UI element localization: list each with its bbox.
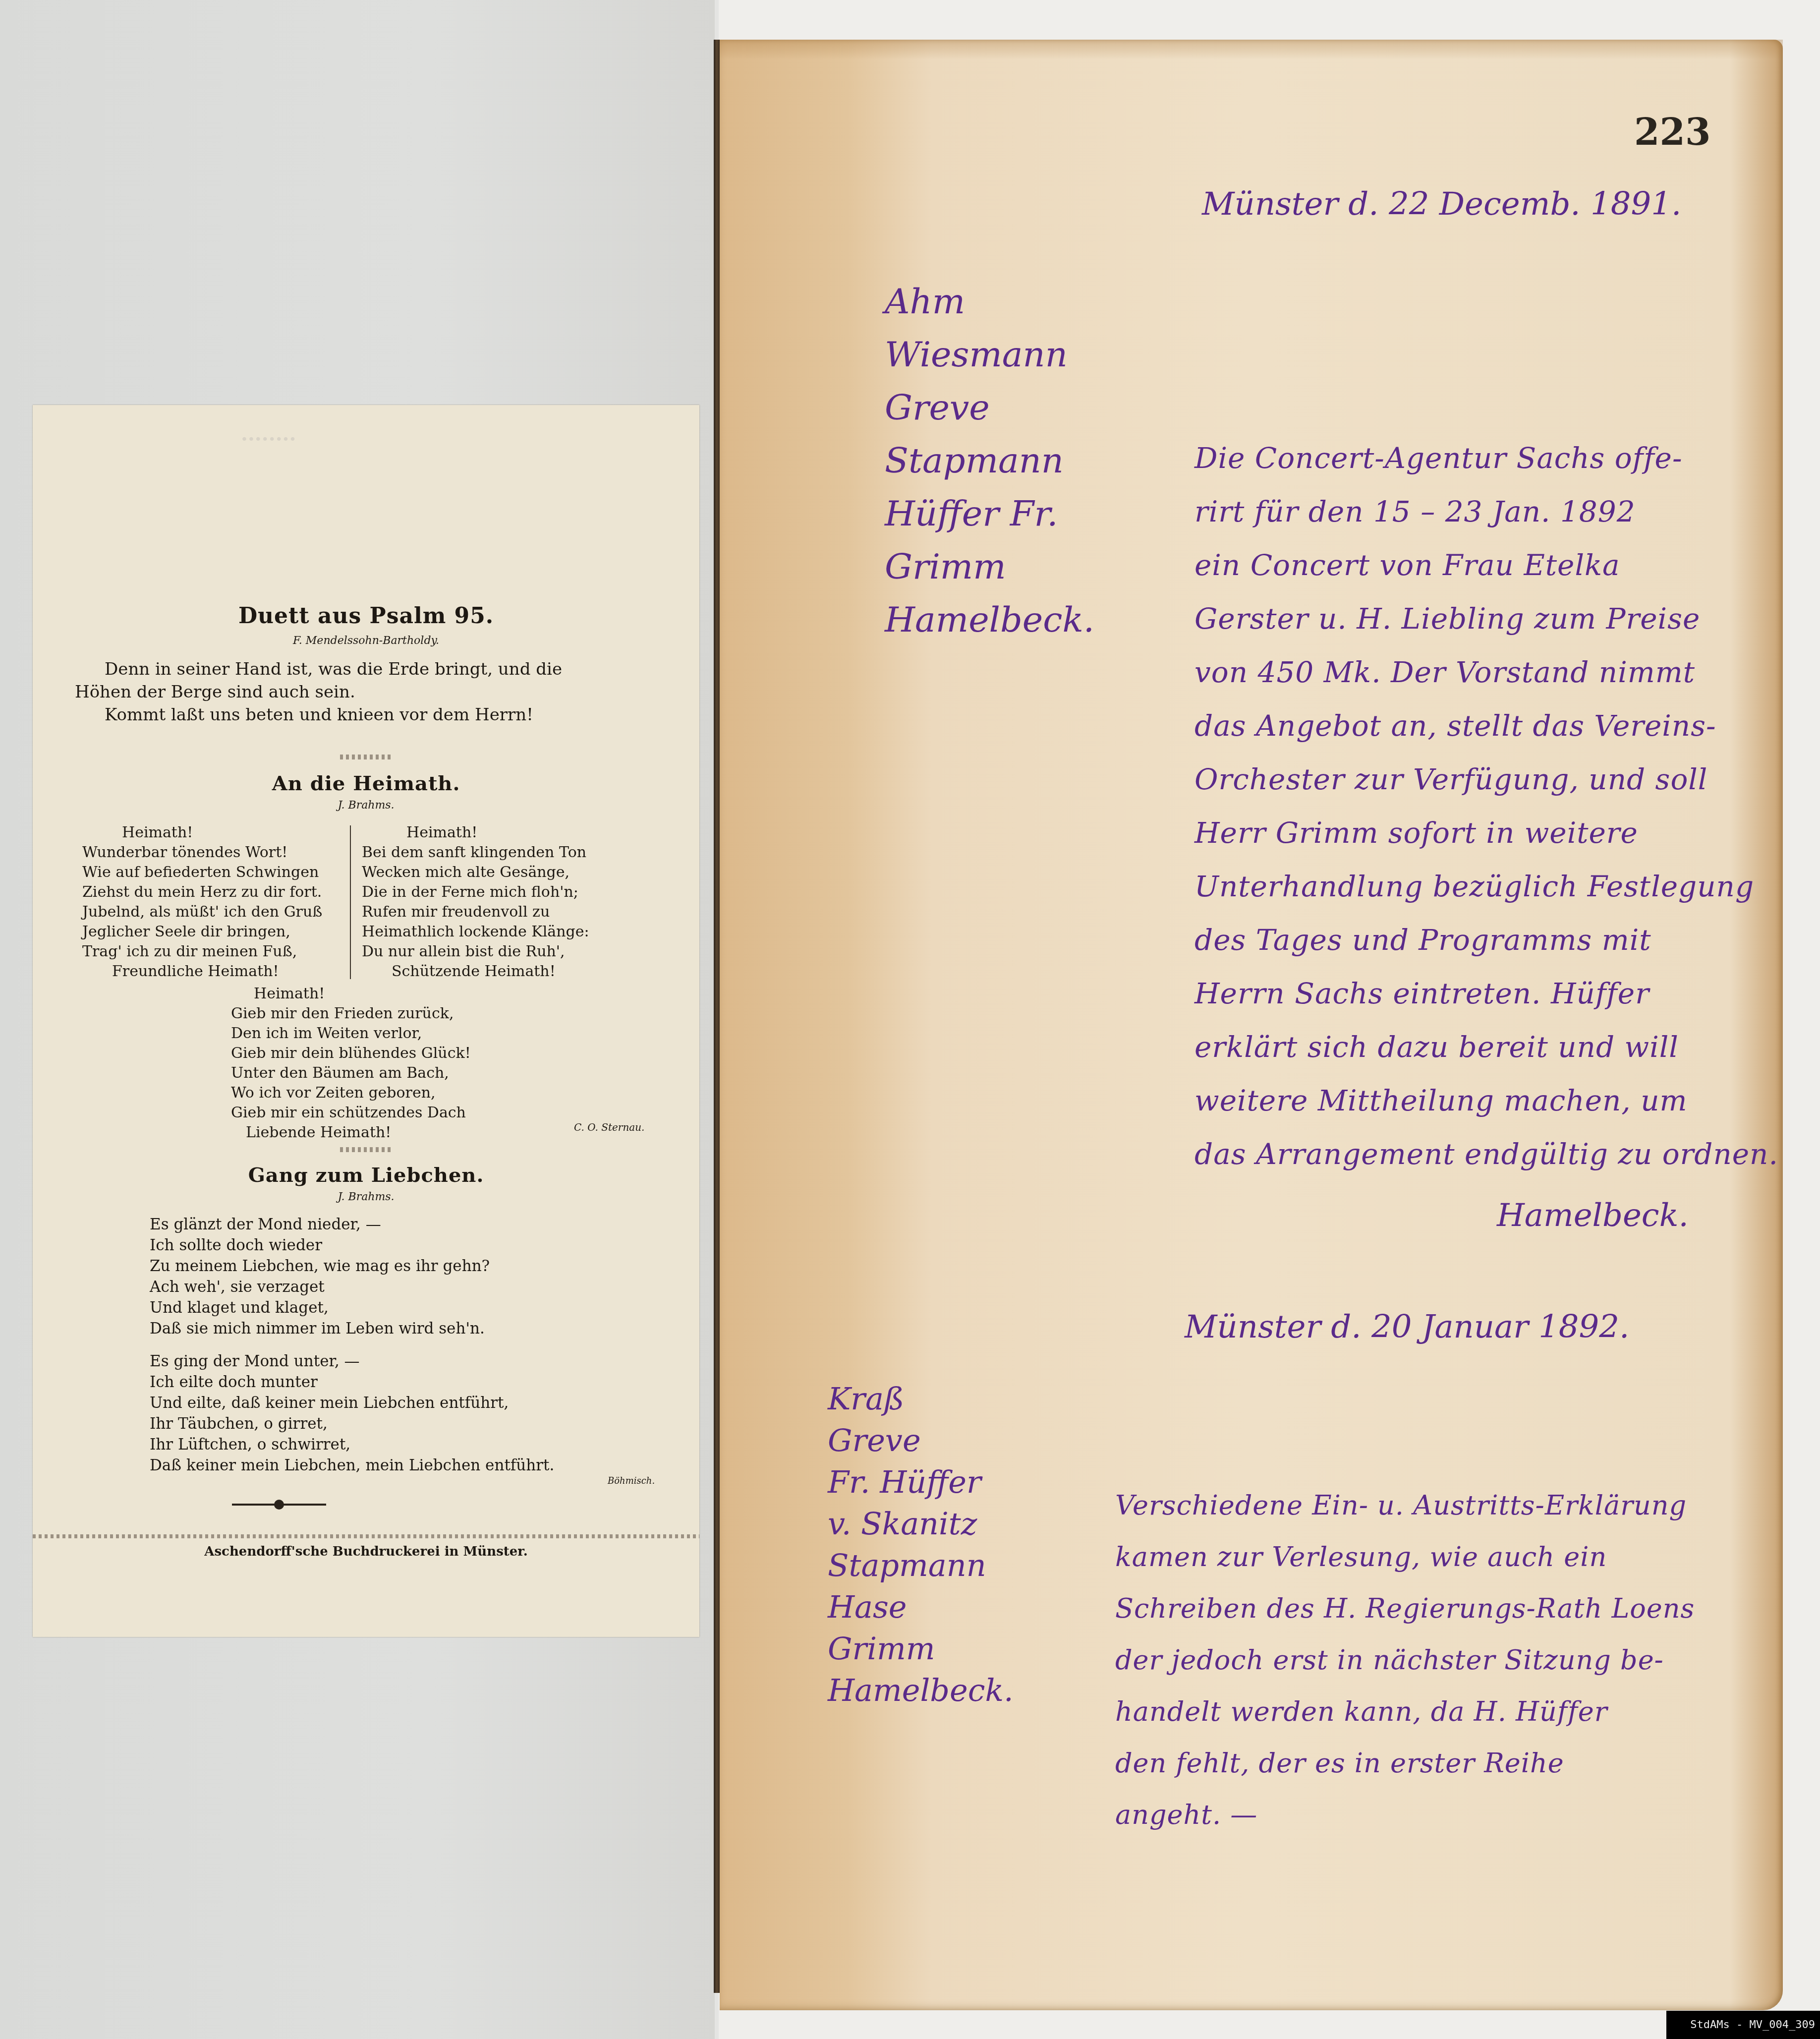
poem-line: Ihr Täubchen, o girret, <box>150 1413 670 1434</box>
wavy-divider <box>340 755 392 759</box>
attendee-name: Grimm <box>828 1628 1014 1670</box>
composer: J. Brahms. <box>33 1191 699 1203</box>
composer: F. Mendelssohn-Bartholdy. <box>33 635 699 647</box>
minutes-line: von 450 Mk. Der Vorstand nimmt <box>1194 645 1778 699</box>
minutes-line: Verschiedene Ein- u. Austritts-Erklärung <box>1115 1480 1695 1531</box>
minutes-text: Die Concert-Agentur Sachs offe- rirt für… <box>1194 431 1778 1181</box>
minutes-text: Verschiedene Ein- u. Austritts-Erklärung… <box>1115 1480 1695 1841</box>
poem-line: Wo ich vor Zeiten geboren, <box>231 1083 528 1103</box>
section-title: Gang zum Liebchen. <box>33 1164 699 1187</box>
minutes-line: der jedoch erst in nächster Sitzung be- <box>1115 1634 1695 1686</box>
attendee-name: Hase <box>828 1586 1014 1628</box>
poem-final-stanza: Heimath! Gieb mir den Frieden zurück, De… <box>231 984 528 1143</box>
poem-line: Es ging der Mond unter, — <box>150 1351 670 1372</box>
poem-line: Liebende Heimath! <box>231 1123 528 1143</box>
attendee-name: Wiesmann <box>885 328 1094 381</box>
poem-line: Heimath! <box>231 984 528 1004</box>
poem-line: Und eilte, daß keiner mein Liebchen entf… <box>150 1393 670 1413</box>
attendee-name: Greve <box>828 1420 1014 1461</box>
section-title: Duett aus Psalm 95. <box>33 603 699 629</box>
song-origin: Böhmisch. <box>608 1476 655 1486</box>
poem-line: Du nur allein bist die Ruh', <box>362 942 639 962</box>
attendee-name: Hamelbeck. <box>828 1670 1014 1711</box>
poem-line: Jubelnd, als müßt' ich den Gruß <box>82 902 350 922</box>
minutes-line: Herrn Sachs eintreten. Hüffer <box>1194 967 1778 1020</box>
poem-line: Wie auf befiederten Schwingen <box>82 863 350 882</box>
poem-line: Bei dem sanft klingenden Ton <box>362 843 639 863</box>
minutes-line: des Tages und Programms mit <box>1194 913 1778 967</box>
poem-line: Rufen mir freudenvoll zu <box>362 902 639 922</box>
attendee-name: v. Skanitz <box>828 1503 1014 1545</box>
poem-line: Es glänzt der Mond nieder, — <box>150 1214 645 1235</box>
minutes-line: Die Concert-Agentur Sachs offe- <box>1194 431 1778 485</box>
wavy-rule <box>33 1534 699 1538</box>
poem-line: Ziehst du mein Herz zu dir fort. <box>82 882 350 902</box>
minutes-line: das Angebot an, stellt das Vereins- <box>1194 699 1778 753</box>
minutes-line: rirt für den 15 – 23 Jan. 1892 <box>1194 485 1778 538</box>
text-line: Kommt laßt uns beten und knieen vor dem … <box>75 703 699 726</box>
poem-line: Jeglicher Seele dir bringen, <box>82 922 350 942</box>
poem-stanza-1: Es glänzt der Mond nieder, — Ich sollte … <box>150 1214 645 1339</box>
printer-imprint: Aschendorff'sche Buchdruckerei in Münste… <box>33 1544 699 1559</box>
book-spine <box>714 40 720 1993</box>
page-number: 223 <box>1634 111 1710 154</box>
attendee-name: Fr. Hüffer <box>828 1461 1014 1503</box>
signature: Hamelbeck. <box>1497 1197 1689 1234</box>
poem-line: Daß keiner mein Liebchen, mein Liebchen … <box>150 1455 670 1476</box>
poem-line: Gieb mir ein schützendes Dach <box>231 1103 528 1123</box>
poem-line: Ich sollte doch wieder <box>150 1235 645 1256</box>
archive-watermark: StdAMs - MV_004_309 <box>1666 2011 1820 2039</box>
poem-line: Trag' ich zu dir meinen Fuß, <box>82 942 350 962</box>
attendee-list: Ahm Wiesmann Greve Stapmann Hüffer Fr. G… <box>885 275 1094 646</box>
poem-right-column: Heimath! Bei dem sanft klingenden Ton We… <box>362 823 639 982</box>
poem-line: Heimathlich lockende Klänge: <box>362 922 639 942</box>
poem-line: Wunderbar tönendes Wort! <box>82 843 350 863</box>
poem-line: Ach weh', sie verzaget <box>150 1277 645 1297</box>
minutes-line: ein Concert von Frau Etelka <box>1194 538 1778 592</box>
printed-concert-program: ········ Duett aus Psalm 95. F. Mendelss… <box>33 405 699 1637</box>
poem-stanza-2: Es ging der Mond unter, — Ich eilte doch… <box>150 1351 670 1476</box>
poem-left-column: Heimath! Wunderbar tönendes Wort! Wie au… <box>82 823 350 982</box>
poem-line: Gieb mir dein blühendes Glück! <box>231 1044 528 1063</box>
entry-date: Münster d. 20 Januar 1892. <box>1185 1309 1629 1345</box>
minutes-line: den fehlt, der es in erster Reihe <box>1115 1738 1695 1789</box>
minutes-line: Schreiben des H. Regierungs-Rath Loens <box>1115 1583 1695 1634</box>
poem-line: Wecken mich alte Gesänge, <box>362 863 639 882</box>
poem-line: Daß sie mich nimmer im Leben wird seh'n. <box>150 1318 645 1339</box>
poem-line: Und klaget und klaget, <box>150 1297 645 1318</box>
minutes-line: angeht. — <box>1115 1789 1695 1841</box>
poem-line: Gieb mir den Frieden zurück, <box>231 1004 528 1024</box>
attendee-name: Kraß <box>828 1378 1014 1420</box>
poem-line: Unter den Bäumen am Bach, <box>231 1063 528 1083</box>
poem-author: C. O. Sternau. <box>574 1121 644 1133</box>
minutes-line: Orchester zur Verfügung, und soll <box>1194 753 1778 806</box>
poem-line: Schützende Heimath! <box>362 962 639 982</box>
minutes-line: Gerster u. H. Liebling zum Preise <box>1194 592 1778 645</box>
poem-line: Heimath! <box>82 823 350 843</box>
minutes-line: handelt werden kann, da H. Hüffer <box>1115 1686 1695 1738</box>
column-divider <box>350 825 351 979</box>
minutes-line: Herr Grimm sofort in weitere <box>1194 806 1778 860</box>
poem-line: Zu meinem Liebchen, wie mag es ihr gehn? <box>150 1256 645 1277</box>
attendee-name: Grimm <box>885 540 1094 593</box>
entry-date: Münster d. 22 Decemb. 1891. <box>1202 186 1681 223</box>
attendee-name: Stapmann <box>828 1545 1014 1586</box>
attendee-list: Kraß Greve Fr. Hüffer v. Skanitz Stapman… <box>828 1378 1014 1711</box>
bleed-through-text: ········ <box>241 427 296 451</box>
text-line: Höhen der Berge sind auch sein. <box>75 681 699 703</box>
attendee-name: Stapmann <box>885 434 1094 487</box>
section-title: An die Heimath. <box>33 772 699 795</box>
poem-line: Die in der Ferne mich floh'n; <box>362 882 639 902</box>
psalm-text: Denn in seiner Hand ist, was die Erde br… <box>75 658 699 726</box>
poem-line: Ich eilte doch munter <box>150 1372 670 1393</box>
minutes-line: erklärt sich dazu bereit und will <box>1194 1020 1778 1074</box>
attendee-name: Hüffer Fr. <box>885 487 1094 540</box>
minutes-line: Unterhandlung bezüglich Festlegung <box>1194 860 1778 913</box>
minutes-line: das Arrangement endgültig zu ordnen. <box>1194 1127 1778 1181</box>
poem-line: Heimath! <box>362 823 639 843</box>
poem-line: Ihr Lüftchen, o schwirret, <box>150 1434 670 1455</box>
poem-line: Freundliche Heimath! <box>82 962 350 982</box>
composer: J. Brahms. <box>33 799 699 812</box>
attendee-name: Hamelbeck. <box>885 593 1094 646</box>
minutes-line: kamen zur Verlesung, wie auch ein <box>1115 1531 1695 1583</box>
text-line: Denn in seiner Hand ist, was die Erde br… <box>75 658 699 681</box>
minutes-line: weitere Mittheilung machen, um <box>1194 1074 1778 1127</box>
attendee-name: Greve <box>885 381 1094 434</box>
ornamental-rule <box>232 1504 326 1506</box>
wavy-divider <box>340 1147 392 1152</box>
poem-line: Den ich im Weiten verlor, <box>231 1024 528 1044</box>
attendee-name: Ahm <box>885 275 1094 328</box>
